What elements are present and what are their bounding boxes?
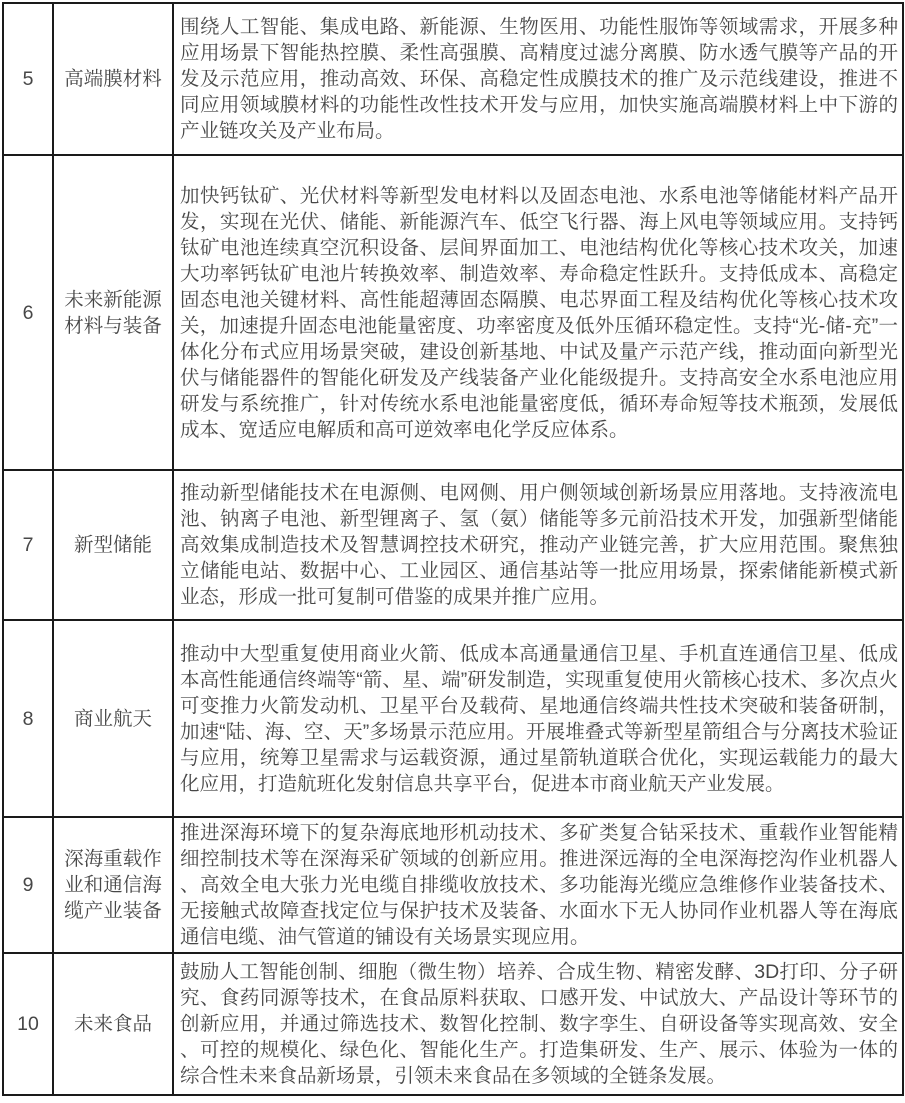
industry-desc-cell: 推进深海环境下的复杂海底地形机动技术、多矿类复合钻采技术、重载作业智能精细控制技… bbox=[173, 817, 903, 953]
table-row: 6 未来新能源材料与装备 加快钙钛矿、光伏材料等新型发电材料以及固态电池、水系电… bbox=[3, 155, 903, 470]
industry-desc-cell: 鼓励人工智能创制、细胞（微生物）培养、合成生物、精密发酵、3D打印、分子研究、食… bbox=[173, 953, 903, 1095]
table-row: 8 商业航天 推动中大型重复使用商业火箭、低成本高通量通信卫星、手机直连通信卫星… bbox=[3, 620, 903, 817]
industries-table: 5 高端膜材料 围绕人工智能、集成电路、新能源、生物医用、功能性服饰等领域需求，… bbox=[2, 2, 904, 1096]
table-row: 9 深海重载作业和通信海缆产业装备 推进深海环境下的复杂海底地形机动技术、多矿类… bbox=[3, 817, 903, 953]
row-number-cell: 6 bbox=[3, 155, 53, 470]
table-row: 10 未来食品 鼓励人工智能创制、细胞（微生物）培养、合成生物、精密发酵、3D打… bbox=[3, 953, 903, 1095]
industry-name-cell: 未来食品 bbox=[53, 953, 173, 1095]
row-number-cell: 7 bbox=[3, 470, 53, 620]
industry-name-cell: 新型储能 bbox=[53, 470, 173, 620]
industry-name-cell: 深海重载作业和通信海缆产业装备 bbox=[53, 817, 173, 953]
industry-desc-cell: 推动中大型重复使用商业火箭、低成本高通量通信卫星、手机直连通信卫星、低成本高性能… bbox=[173, 620, 903, 817]
row-number-cell: 10 bbox=[3, 953, 53, 1095]
row-number-cell: 8 bbox=[3, 620, 53, 817]
industry-desc-cell: 加快钙钛矿、光伏材料等新型发电材料以及固态电池、水系电池等储能材料产品开发，实现… bbox=[173, 155, 903, 470]
industry-name-cell: 高端膜材料 bbox=[53, 3, 173, 155]
industry-desc-cell: 围绕人工智能、集成电路、新能源、生物医用、功能性服饰等领域需求，开展多种应用场景… bbox=[173, 3, 903, 155]
industry-name-cell: 商业航天 bbox=[53, 620, 173, 817]
row-number-cell: 9 bbox=[3, 817, 53, 953]
industry-name-cell: 未来新能源材料与装备 bbox=[53, 155, 173, 470]
table-row: 7 新型储能 推动新型储能技术在电源侧、电网侧、用户侧领域创新场景应用落地。支持… bbox=[3, 470, 903, 620]
document-page: 5 高端膜材料 围绕人工智能、集成电路、新能源、生物医用、功能性服饰等领域需求，… bbox=[0, 0, 905, 1103]
table-row: 5 高端膜材料 围绕人工智能、集成电路、新能源、生物医用、功能性服饰等领域需求，… bbox=[3, 3, 903, 155]
row-number-cell: 5 bbox=[3, 3, 53, 155]
industry-desc-cell: 推动新型储能技术在电源侧、电网侧、用户侧领域创新场景应用落地。支持液流电池、钠离… bbox=[173, 470, 903, 620]
